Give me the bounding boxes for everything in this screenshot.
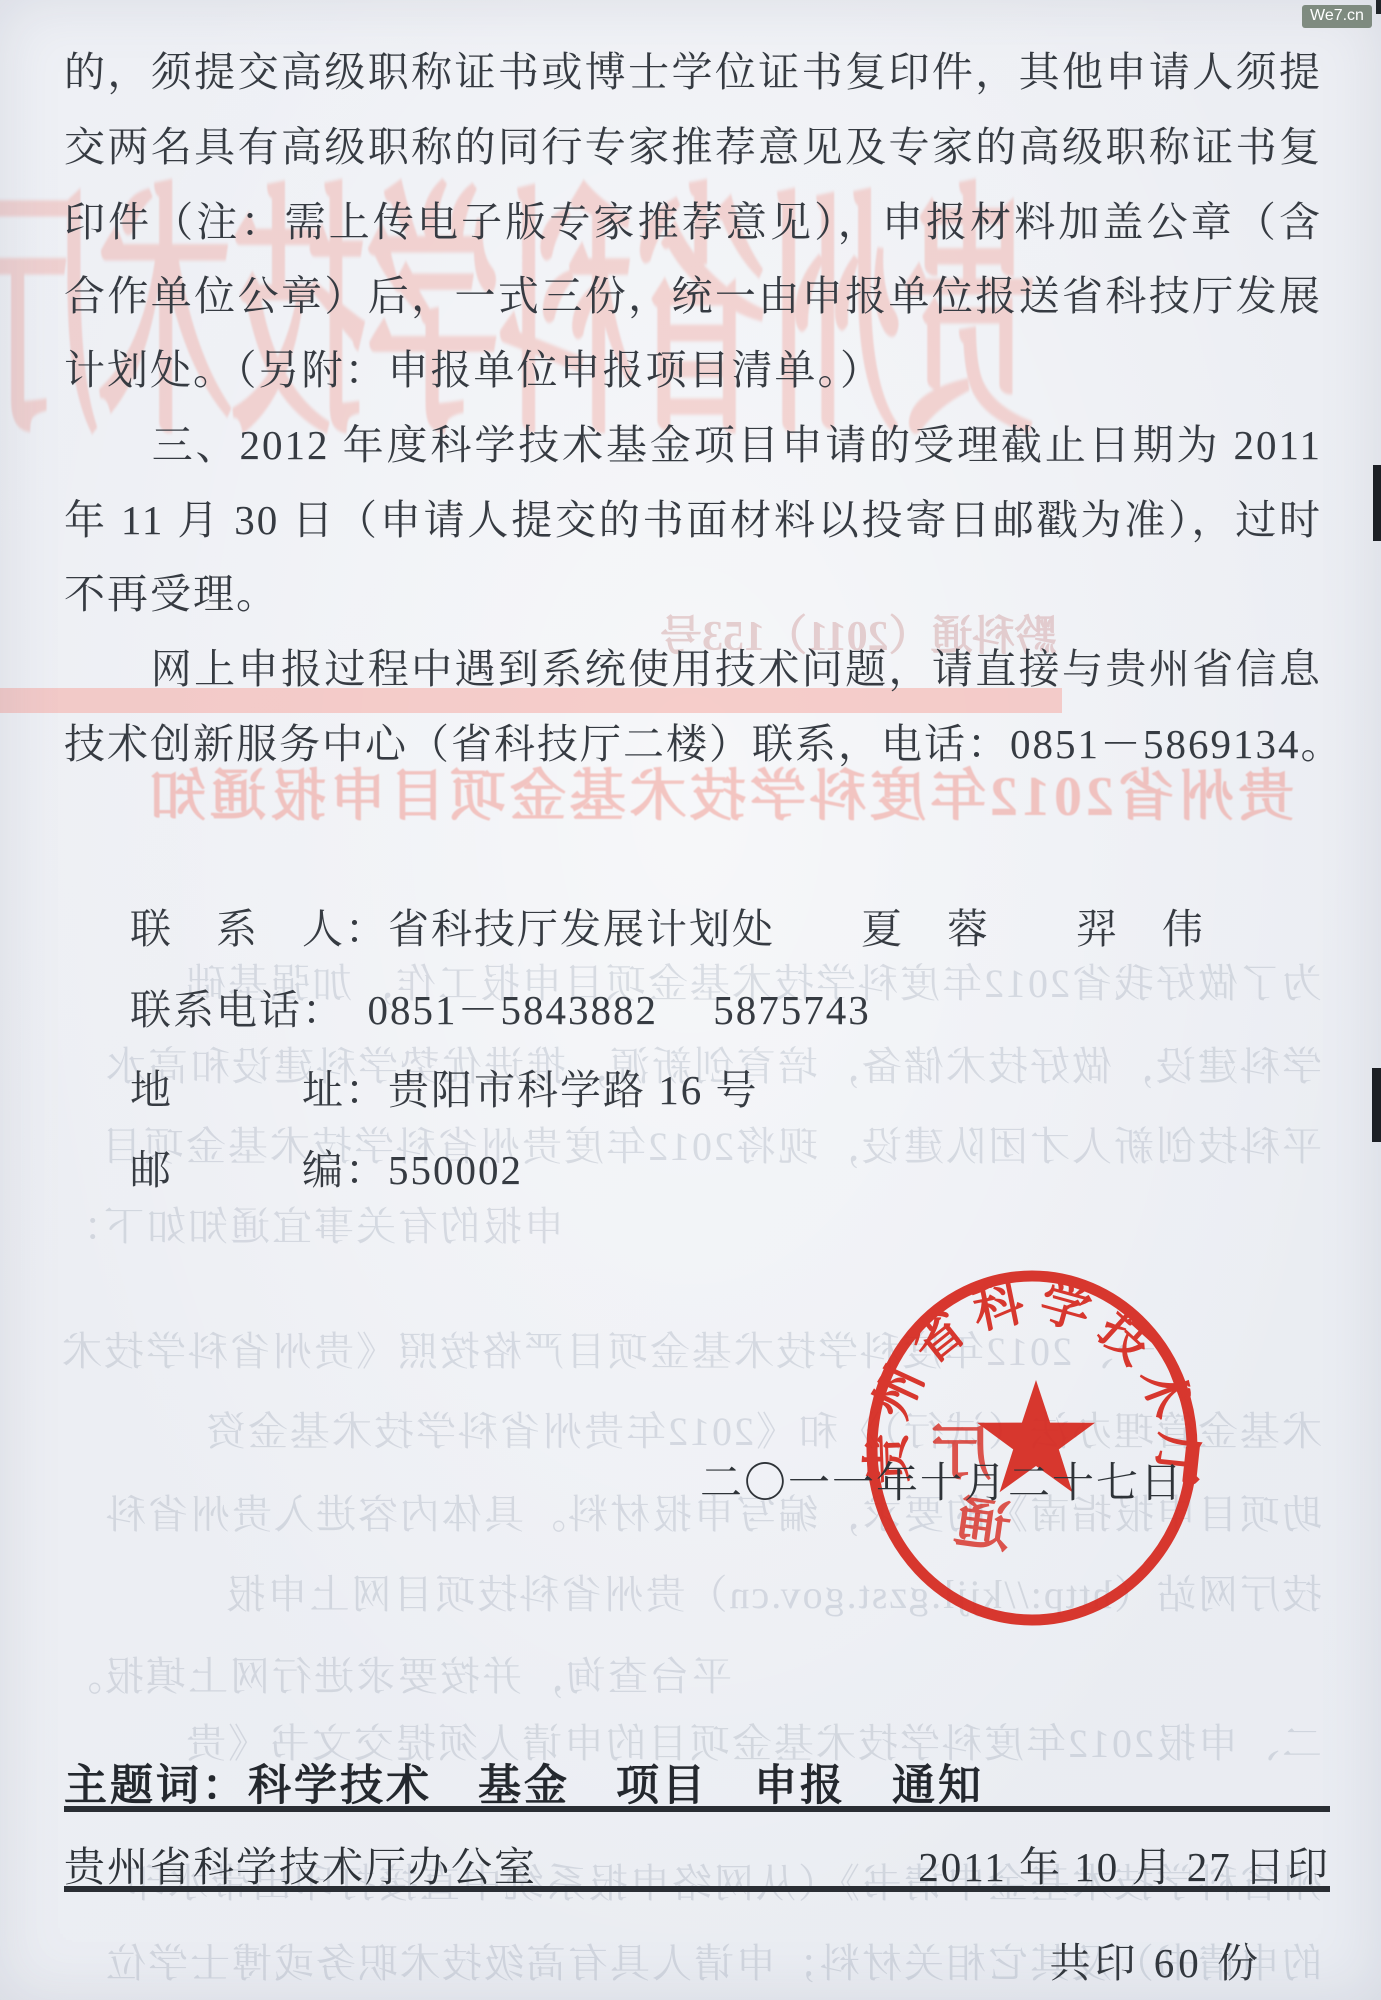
footer-divider-bottom xyxy=(64,1886,1330,1892)
footer-divider-top xyxy=(64,1806,1330,1812)
body-text-line: 技术创新服务中心（省科技厅二楼）联系，电话：0851－5869134。 xyxy=(64,716,1322,772)
contact-address-row: 地 址：贵阳市科学路 16 号 xyxy=(130,1064,1230,1116)
body-text-line: 合作单位公章）后，一式三份，统一由申报单位报送省科技厅发展 xyxy=(64,268,1322,324)
contact-person-label: 联 系 人： xyxy=(130,906,388,952)
scan-edge-artifact xyxy=(1372,1068,1381,1142)
contact-address-value: 贵阳市科学路 16 号 xyxy=(388,1067,759,1113)
site-watermark: We7.cn xyxy=(1302,5,1372,28)
issuing-office-row: 贵州省科学技术厅办公室 2011 年 10 月 27 日印 xyxy=(64,1834,1330,1882)
bleedthrough-line: 申报的有关事宜通知如下： xyxy=(60,1195,1322,1252)
contact-person-value: 省科技厅发展计划处 夏 蓉 羿 伟 xyxy=(388,906,1205,952)
issuing-office: 贵州省科学技术厅办公室 xyxy=(64,1834,537,1882)
document-date: 二〇一一年十月二十七日 xyxy=(700,1450,1184,1510)
body-text-line: 交两名具有高级职称的同行专家推荐意见及专家的高级职称证书复 xyxy=(64,119,1322,175)
contact-zipcode-row: 邮 编：550002 xyxy=(130,1144,1230,1196)
contact-address-label: 地 址： xyxy=(130,1067,388,1113)
contact-phone-row: 联系电话： 0851－5843882 5875743 xyxy=(130,984,1230,1036)
print-copies: 共印 60 份 xyxy=(64,1930,1262,1976)
scan-edge-artifact xyxy=(1373,465,1381,541)
body-text-line: 三、2012 年度科学技术基金项目申请的受理截止日期为 2011 xyxy=(64,417,1322,473)
body-text-line: 不再受理。 xyxy=(64,566,1322,622)
print-date: 2011 年 10 月 27 日印 xyxy=(918,1834,1330,1882)
contact-zipcode-label: 邮 编： xyxy=(130,1147,388,1193)
body-text-line: 网上申报过程中遇到系统使用技术问题，请直接与贵州省信息 xyxy=(64,641,1322,697)
contact-phone-label: 联系电话： xyxy=(130,987,368,1033)
contact-zipcode-value: 550002 xyxy=(388,1147,523,1193)
scanned-document-page: { "doc": { "watermark": "We7.cn", "body"… xyxy=(0,0,1381,2000)
subject-label: 主题词： xyxy=(64,1763,248,1810)
subject-terms-row: 主题词：科学技术 基金 项目 申报 通知 xyxy=(64,1752,1330,1802)
body-text-line: 印件（注：需上传电子版专家推荐意见），申报材料加盖公章（含 xyxy=(64,194,1322,250)
body-text-line: 计划处。（另附：申报单位申报项目清单。） xyxy=(64,342,1322,398)
contact-person-row: 联 系 人：省科技厅发展计划处 夏 蓉 羿 伟 xyxy=(130,903,1230,955)
body-text-line: 的，须提交高级职称证书或博士学位证书复印件，其他申请人须提 xyxy=(64,44,1322,100)
contact-phone-value: 0851－5843882 5875743 xyxy=(368,987,871,1033)
bleedthrough-line: 平台查询，并按要求进行网上填报。 xyxy=(60,1645,1322,1702)
official-seal: 贵州省科学技术厅 厅 通 xyxy=(858,1268,1206,1628)
subject-terms: 科学技术 基金 项目 申报 通知 xyxy=(248,1763,984,1810)
body-text-line: 年 11 月 30 日（申请人提交的书面材料以投寄日邮戳为准），过时 xyxy=(64,492,1322,548)
scan-edge-artifact xyxy=(1376,0,1381,14)
